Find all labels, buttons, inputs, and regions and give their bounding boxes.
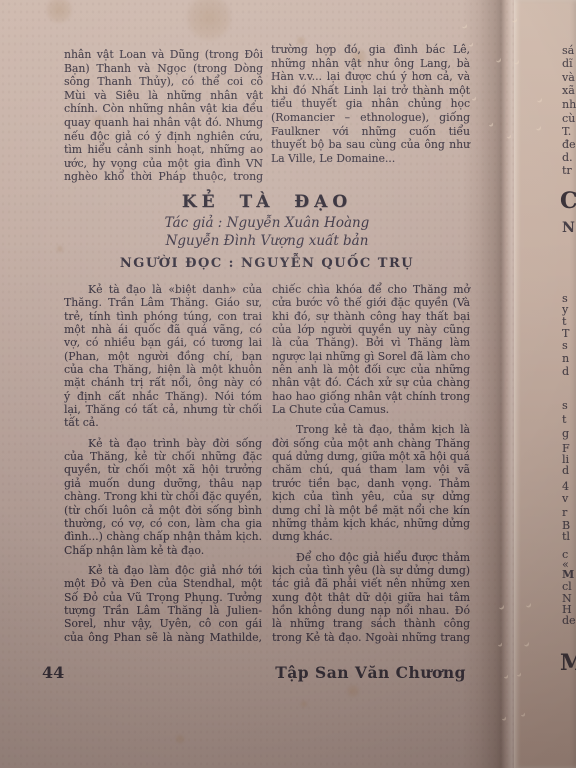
- wormhole: [488, 121, 492, 125]
- paper-stain: [45, 0, 73, 24]
- text-line: những nhân vật như ông Lang, bà: [271, 57, 470, 71]
- text-line: ngược lại những gì Sorel đã làm cho: [272, 350, 470, 363]
- text-line: là của Thăng). Bởi vì Thăng làm: [272, 336, 470, 349]
- text-line: Để cho độc giả hiểu được thảm: [272, 551, 470, 564]
- facing-page-text-fragment: d: [562, 365, 569, 378]
- text-line: Chấp nhận làm kẻ tà đạo.: [64, 544, 262, 557]
- facing-page-text-fragment: cù: [562, 112, 575, 125]
- facing-page-text-fragment: T.: [562, 125, 571, 138]
- text-line: Faulkner với những cuốn tiểu: [271, 125, 470, 139]
- facing-page-text-fragment: s: [562, 399, 568, 412]
- text-line: xung đột thật dữ dội giữa hai tâm: [272, 591, 470, 604]
- facing-page-text-fragment: v: [562, 492, 568, 505]
- text-line: lại, Thăng có tất cả, nhưng từ chối: [64, 403, 262, 416]
- text-line: Số Đỏ của Vũ Trọng Phụng. Tưởng: [64, 591, 262, 604]
- text-line: (từ chối luôn cả một đời sống bình: [64, 504, 262, 517]
- facing-page-text-fragment: d.: [562, 151, 573, 164]
- wormhole: [497, 641, 501, 645]
- continued-section: nhân vật Loan và Dũng (trong ĐôiBạn) Tha…: [64, 48, 470, 184]
- facing-page-text-fragment: M: [560, 650, 576, 676]
- publisher-line: Nguyễn Đình Vượng xuất bản: [64, 233, 470, 251]
- text-line: tiểu thuyết gia nhân chủng học: [271, 97, 470, 111]
- text-line: Bạn) Thanh và Ngọc (trong Dòng: [64, 62, 263, 76]
- paragraph: Kẻ tà đạo là «biệt danh» củaThăng. Trần …: [64, 283, 262, 430]
- facing-page-text-fragment: s: [562, 339, 568, 352]
- text-line: chiếc chìa khóa để cho Thăng mở: [272, 283, 470, 296]
- text-line: một Đỏ và Đen của Stendhal, một: [64, 577, 262, 590]
- text-line: hao hao giống nhân vật chính trong: [272, 390, 470, 403]
- text-line: chính. Còn những nhân vật kia đều: [64, 102, 263, 116]
- text-line: của lớp người quyền uy này cũng: [272, 323, 470, 336]
- text-line: Sorel, như vậy, Uyên, cô con gái: [64, 617, 262, 630]
- text-line: nếu độc giả có ý định nghiên cứu,: [64, 130, 263, 144]
- text-line: trong Kẻ tà đạo. Ngoài những trang: [272, 631, 470, 644]
- author-line: Tác giả : Nguyễn Xuân Hoàng: [64, 215, 470, 233]
- text-line: của Thăng, kẻ từ chối những đặc: [64, 450, 262, 463]
- paper-stain: [185, 0, 233, 42]
- text-line: ước, hy vọng của một gia đình VN: [64, 157, 263, 171]
- facing-page-fragments: sádĩvàxãnhcùT.đed.trCNsytTsndstgFlid4vrB…: [552, 0, 576, 768]
- text-line: đình...) chàng chấp nhận thảm kịch.: [64, 530, 262, 543]
- text-line: trẻ, tính tình phóng túng, con trai: [64, 310, 262, 323]
- text-line: quá dửng dưng, giữa một xã hội quá: [272, 450, 470, 463]
- top-left-column: nhân vật Loan và Dũng (trong ĐôiBạn) Tha…: [64, 48, 263, 184]
- facing-page-text-fragment: r: [562, 506, 567, 519]
- text-line: khi đó, sự thành công hay thất bại: [272, 310, 470, 323]
- facing-page-text-fragment: tl: [562, 530, 570, 543]
- text-line: mặt chánh trị rất nổi, ông này có: [64, 376, 262, 389]
- article-title: KẺ TÀ ĐẠO: [64, 192, 470, 212]
- paragraph: Kẻ tà đạo trình bày đời sốngcủa Thăng, k…: [64, 437, 262, 557]
- paper-stain: [56, 245, 64, 253]
- facing-page-text-fragment: xã: [562, 84, 575, 97]
- text-line: dưng chỉ là một bề mặt nổi che kín: [272, 504, 470, 517]
- book-photo: nhân vật Loan và Dũng (trong ĐôiBạn) Tha…: [0, 0, 576, 768]
- body-right-column: chiếc chìa khóa để cho Thăng mởcửa bước …: [272, 283, 470, 651]
- text-line: tất cả.: [64, 416, 262, 429]
- facing-page-text-fragment: và: [562, 71, 575, 84]
- reader-line: NGƯỜI ĐỌC : NGUYỄN QUỐC TRỤ: [64, 256, 470, 271]
- gutter-fold: [462, 0, 516, 768]
- text-line: Kẻ tà đạo làm độc giả nhớ tới: [64, 564, 262, 577]
- page-number: 44: [42, 663, 64, 682]
- paper-stain: [346, 684, 360, 698]
- text-line: hồn không dung nạp nổi nhau. Đó: [272, 604, 470, 617]
- text-line: khi đó Nhất Linh lại trở thành một: [271, 84, 470, 98]
- text-line: quay quanh hai nhân vật đó. Nhưng: [64, 116, 263, 130]
- wormhole: [495, 56, 500, 61]
- facing-page-text-fragment: nh: [562, 98, 576, 111]
- review-body: Kẻ tà đạo là «biệt danh» củaThăng. Trần …: [64, 283, 470, 651]
- text-line: nhân vật Loan và Dũng (trong Đôi: [64, 48, 263, 62]
- wormhole: [471, 95, 475, 99]
- text-line: kịch của tình yêu, của sự dửng: [272, 490, 470, 503]
- text-line: đời sống của một anh chàng Thăng: [272, 437, 470, 450]
- facing-page-text-fragment: tr: [562, 164, 572, 177]
- text-line: nhân vật đó. Cách xử sự của chàng: [272, 376, 470, 389]
- text-line: thuyết bộ ba sau cùng của ông như: [271, 138, 470, 152]
- text-line: kịch của tình yêu (là sự dửng dưng): [272, 564, 470, 577]
- text-line: chăm chú, quá tham lam vội vã: [272, 463, 470, 476]
- facing-page-text-fragment: d: [562, 464, 569, 477]
- text-line: Mùi và Siêu là những nhân vật: [64, 89, 263, 103]
- top-right-column: trường hợp đó, gia đình bác Lê,những nhâ…: [271, 43, 470, 184]
- text-line: sông Thanh Thủy), có thể coi cô: [64, 75, 263, 89]
- text-line: tác giả đã phải viết nên những xen: [272, 577, 470, 590]
- text-line: (Phan, một người đồng chí, bạn: [64, 350, 262, 363]
- paragraph: Kẻ tà đạo làm độc giả nhớ tớimột Đỏ và Đ…: [64, 564, 262, 644]
- text-line: một nhà ái quốc đã quá vãng, có: [64, 323, 262, 336]
- text-line: (Romancier – ethnologue), giống: [271, 111, 470, 125]
- facing-page-text-fragment: g: [562, 427, 569, 440]
- text-line: tượng Trần Lâm Thăng là Julien-: [64, 604, 262, 617]
- wormhole: [501, 715, 505, 719]
- text-line: tìm hiểu cảnh sinh hoạt, những ao: [64, 143, 263, 157]
- text-line: vợ, có nhiều bạn gái, có tương lai: [64, 336, 262, 349]
- text-line: La Ville, Le Domaine...: [271, 152, 470, 166]
- wormhole: [461, 22, 466, 27]
- facing-page-text-fragment: de: [562, 614, 576, 627]
- text-line: ý định cất nhắc Thăng). Nói tóm: [64, 390, 262, 403]
- article-header: KẺ TÀ ĐẠO Tác giả : Nguyễn Xuân Hoàng Ng…: [64, 192, 470, 271]
- facing-page-text-fragment: sá: [562, 44, 574, 57]
- facing-page-text-fragment: C: [560, 188, 576, 214]
- text-line: thường, có vợ, có con, làm cha gia: [64, 517, 262, 530]
- wormhole: [498, 603, 503, 608]
- text-line: La Chute của Camus.: [272, 403, 470, 416]
- facing-page-text-fragment: n: [562, 352, 569, 365]
- text-line: Kẻ tà đạo trình bày đời sống: [64, 437, 262, 450]
- body-left-column: Kẻ tà đạo là «biệt danh» củaThăng. Trần …: [64, 283, 262, 651]
- facing-page-text-fragment: N: [562, 220, 575, 236]
- text-line: Kẻ tà đạo là «biệt danh» của: [64, 283, 262, 296]
- text-line: nên anh là một đối cực của những: [272, 363, 470, 376]
- journal-title: Tập San Văn Chương: [275, 663, 466, 682]
- text-line: trước tiền bạc, danh vọng. Thảm: [272, 477, 470, 490]
- facing-page-text-fragment: dĩ: [562, 57, 573, 70]
- facing-page-text-fragment: đe: [562, 138, 576, 151]
- text-line: quyền, từ chối một xã hội trưởng: [64, 463, 262, 476]
- paper-stain: [175, 734, 185, 744]
- paragraph: Trong kẻ tà đạo, thảm kịch làđời sống củ…: [272, 423, 470, 543]
- text-line: nghèo khổ thời Pháp thuộc, trong: [64, 170, 263, 184]
- paragraph: chiếc chìa khóa để cho Thăng mởcửa bước …: [272, 283, 470, 416]
- wormhole: [503, 673, 507, 677]
- text-line: chàng. Trong khi từ chối đặc quyền,: [64, 490, 262, 503]
- facing-page-text-fragment: t: [562, 413, 566, 426]
- wormhole: [506, 133, 510, 137]
- paper-stain: [300, 700, 308, 708]
- text-line: giả muốn dung dưỡng, thâu nạp: [64, 477, 262, 490]
- page-footer: 44 Tập San Văn Chương: [42, 663, 466, 682]
- text-line: của ông Phan sẽ là nàng Mathilde,: [64, 631, 262, 644]
- text-line: là những trang sách thành công: [272, 617, 470, 630]
- text-line: trường hợp đó, gia đình bác Lê,: [271, 43, 470, 57]
- text-line: cửa bước vô thế giới đặc quyền (Và: [272, 296, 470, 309]
- text-line: Trong kẻ tà đạo, thảm kịch là: [272, 423, 470, 436]
- text-line: dưng khác.: [272, 530, 470, 543]
- text-line: của cha Thăng, hiện là một khuôn: [64, 363, 262, 376]
- paragraph: Để cho độc giả hiểu được thảmkịch của tì…: [272, 551, 470, 644]
- text-line: Thăng. Trần Lâm Thăng. Giáo sư,: [64, 296, 262, 309]
- text-line: những thảm kịch khác, những dửng: [272, 517, 470, 530]
- text-line: Hàn v.v... lại được chú ý hơn cả, và: [271, 70, 470, 84]
